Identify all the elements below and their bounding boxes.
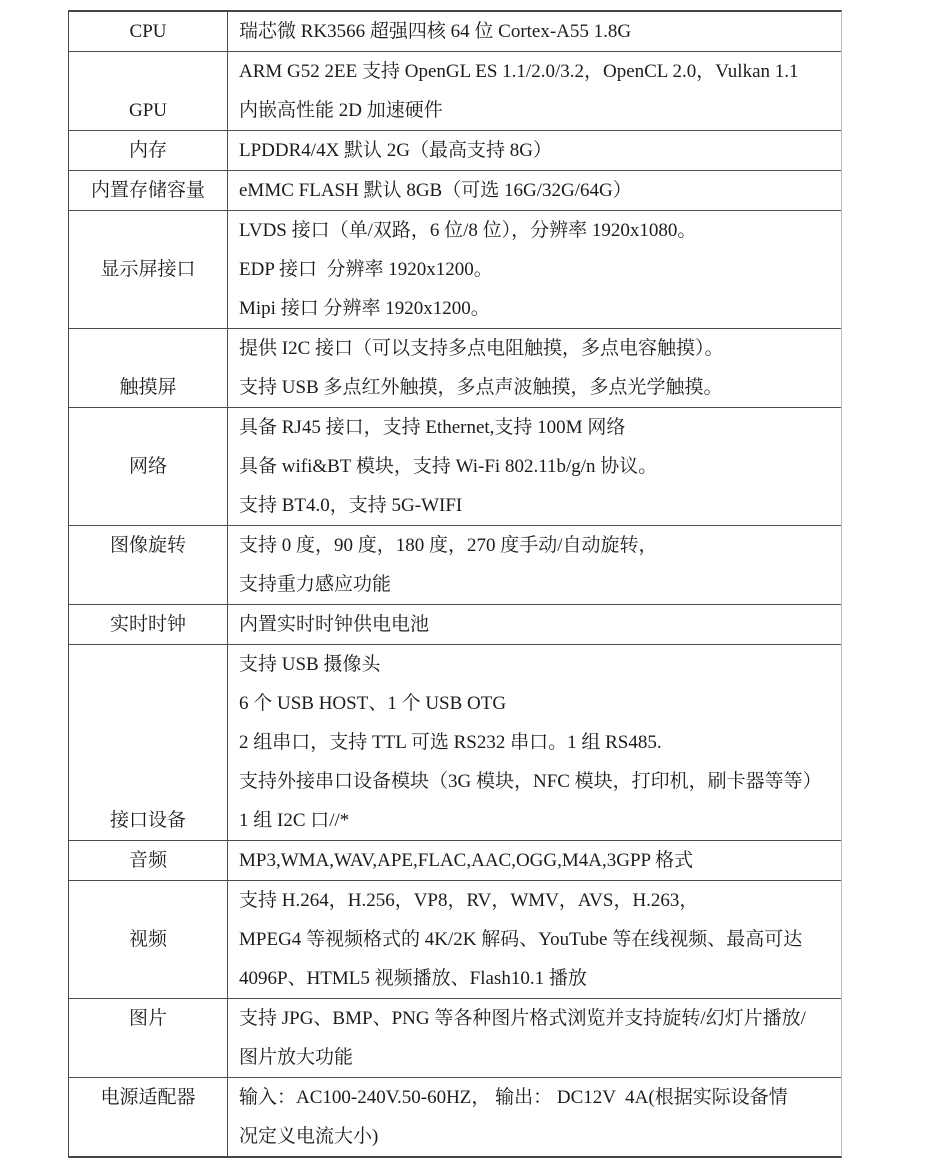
row-label-cell: 内存	[69, 131, 228, 170]
row-label: CPU	[130, 12, 167, 51]
row-label-cell: 视频	[69, 881, 228, 998]
table-row-power-adapter: 电源适配器 输入：AC100-240V.50-60HZ， 输出： DC12V 4…	[69, 1078, 841, 1156]
row-content-cell: LPDDR4/4X 默认 2G（最高支持 8G）	[228, 131, 841, 170]
row-label-cell: 图片	[69, 999, 228, 1077]
spec-line: 支持 H.264，H.256，VP8，RV，WMV，AVS，H.263，	[239, 881, 841, 920]
row-label: 图像旋转	[110, 526, 186, 565]
row-content-cell: 支持 USB 摄像头 6 个 USB HOST、1 个 USB OTG 2 组串…	[228, 645, 841, 840]
spec-line: 内嵌高性能 2D 加速硬件	[239, 91, 841, 130]
spec-line: 支持 BT4.0，支持 5G-WIFI	[239, 486, 841, 525]
spec-line: 支持 0 度，90 度，180 度，270 度手动/自动旋转，	[239, 526, 841, 565]
row-content-cell: 支持 0 度，90 度，180 度，270 度手动/自动旋转， 支持重力感应功能	[228, 526, 841, 604]
spec-line: 支持 USB 多点红外触摸，多点声波触摸，多点光学触摸。	[239, 368, 841, 407]
spec-line: 支持 USB 摄像头	[239, 645, 841, 684]
spec-line: 瑞芯微 RK3566 超强四核 64 位 Cortex-A55 1.8G	[239, 12, 841, 51]
row-label: 显示屏接口	[100, 250, 195, 289]
spec-line: MP3,WMA,WAV,APE,FLAC,AAC,OGG,M4A,3GPP 格式	[239, 841, 841, 880]
row-content-cell: 瑞芯微 RK3566 超强四核 64 位 Cortex-A55 1.8G	[228, 12, 841, 51]
table-row-network: 网络 具备 RJ45 接口，支持 Ethernet,支持 100M 网络 具备 …	[69, 408, 841, 526]
row-label-cell: 触摸屏	[69, 329, 228, 407]
row-content-cell: 具备 RJ45 接口，支持 Ethernet,支持 100M 网络 具备 wif…	[228, 408, 841, 525]
row-label-cell: GPU	[69, 52, 228, 130]
row-content-cell: LVDS 接口（单/双路，6 位/8 位），分辨率 1920x1080。 EDP…	[228, 211, 841, 328]
spec-line: LVDS 接口（单/双路，6 位/8 位），分辨率 1920x1080。	[239, 211, 841, 250]
row-content-cell: 支持 H.264，H.256，VP8，RV，WMV，AVS，H.263， MPE…	[228, 881, 841, 998]
spec-line: 具备 wifi&BT 模块，支持 Wi-Fi 802.11b/g/n 协议。	[239, 447, 841, 486]
table-row-interface-devices: 接口设备 支持 USB 摄像头 6 个 USB HOST、1 个 USB OTG…	[69, 645, 841, 841]
table-row-video: 视频 支持 H.264，H.256，VP8，RV，WMV，AVS，H.263， …	[69, 881, 841, 999]
row-label: 触摸屏	[119, 368, 176, 407]
row-label-cell: 接口设备	[69, 645, 228, 840]
table-row-picture: 图片 支持 JPG、BMP、PNG 等各种图片格式浏览并支持旋转/幻灯片播放/ …	[69, 999, 841, 1078]
spec-line: Mipi 接口 分辨率 1920x1200。	[239, 289, 841, 328]
spec-line: MPEG4 等视频格式的 4K/2K 解码、YouTube 等在线视频、最高可达	[239, 920, 841, 959]
row-label: 图片	[129, 999, 167, 1038]
row-content-cell: MP3,WMA,WAV,APE,FLAC,AAC,OGG,M4A,3GPP 格式	[228, 841, 841, 880]
row-content-cell: ARM G52 2EE 支持 OpenGL ES 1.1/2.0/3.2，Ope…	[228, 52, 841, 130]
row-label-cell: CPU	[69, 12, 228, 51]
row-content-cell: eMMC FLASH 默认 8GB（可选 16G/32G/64G）	[228, 171, 841, 210]
spec-line: 图片放大功能	[239, 1038, 841, 1077]
spec-line: EDP 接口 分辨率 1920x1200。	[239, 250, 841, 289]
row-label-cell: 显示屏接口	[69, 211, 228, 328]
row-label: 视频	[129, 920, 167, 959]
spec-line: 况定义电流大小)	[239, 1117, 841, 1156]
table-row-storage: 内置存储容量 eMMC FLASH 默认 8GB（可选 16G/32G/64G）	[69, 171, 841, 211]
spec-table: CPU 瑞芯微 RK3566 超强四核 64 位 Cortex-A55 1.8G…	[68, 10, 842, 1158]
table-row-memory: 内存 LPDDR4/4X 默认 2G（最高支持 8G）	[69, 131, 841, 171]
table-row-rtc: 实时时钟 内置实时时钟供电电池	[69, 605, 841, 645]
spec-line: ARM G52 2EE 支持 OpenGL ES 1.1/2.0/3.2，Ope…	[239, 52, 841, 91]
row-content-cell: 内置实时时钟供电电池	[228, 605, 841, 644]
row-label: 实时时钟	[110, 605, 186, 644]
table-row-gpu: GPU ARM G52 2EE 支持 OpenGL ES 1.1/2.0/3.2…	[69, 52, 841, 131]
row-label-cell: 内置存储容量	[69, 171, 228, 210]
row-label: 内存	[129, 131, 167, 170]
spec-line: eMMC FLASH 默认 8GB（可选 16G/32G/64G）	[239, 171, 841, 210]
spec-line: 内置实时时钟供电电池	[239, 605, 841, 644]
row-label: 内置存储容量	[91, 171, 205, 210]
table-row-touchscreen: 触摸屏 提供 I2C 接口（可以支持多点电阻触摸，多点电容触摸）。 支持 USB…	[69, 329, 841, 408]
row-label-cell: 网络	[69, 408, 228, 525]
table-row-image-rotation: 图像旋转 支持 0 度，90 度，180 度，270 度手动/自动旋转， 支持重…	[69, 526, 841, 605]
spec-line: 提供 I2C 接口（可以支持多点电阻触摸，多点电容触摸）。	[239, 329, 841, 368]
row-content-cell: 支持 JPG、BMP、PNG 等各种图片格式浏览并支持旋转/幻灯片播放/ 图片放…	[228, 999, 841, 1077]
table-row-cpu: CPU 瑞芯微 RK3566 超强四核 64 位 Cortex-A55 1.8G	[69, 12, 841, 52]
spec-line: 1 组 I2C 口//*	[239, 801, 841, 840]
row-label-cell: 电源适配器	[69, 1078, 228, 1156]
spec-line: 2 组串口，支持 TTL 可选 RS232 串口。1 组 RS485.	[239, 723, 841, 762]
spec-line: LPDDR4/4X 默认 2G（最高支持 8G）	[239, 131, 841, 170]
row-content-cell: 提供 I2C 接口（可以支持多点电阻触摸，多点电容触摸）。 支持 USB 多点红…	[228, 329, 841, 407]
spec-line: 具备 RJ45 接口，支持 Ethernet,支持 100M 网络	[239, 408, 841, 447]
row-label: GPU	[129, 91, 167, 130]
table-row-audio: 音频 MP3,WMA,WAV,APE,FLAC,AAC,OGG,M4A,3GPP…	[69, 841, 841, 881]
row-content-cell: 输入：AC100-240V.50-60HZ， 输出： DC12V 4A(根据实际…	[228, 1078, 841, 1156]
row-label: 电源适配器	[100, 1078, 195, 1117]
spec-line: 输入：AC100-240V.50-60HZ， 输出： DC12V 4A(根据实际…	[239, 1078, 841, 1117]
row-label: 音频	[129, 841, 167, 880]
spec-line: 4096P、HTML5 视频播放、Flash10.1 播放	[239, 959, 841, 998]
spec-line: 支持重力感应功能	[239, 565, 841, 604]
row-label-cell: 音频	[69, 841, 228, 880]
row-label: 网络	[129, 447, 167, 486]
row-label-cell: 实时时钟	[69, 605, 228, 644]
spec-line: 支持 JPG、BMP、PNG 等各种图片格式浏览并支持旋转/幻灯片播放/	[239, 999, 841, 1038]
row-label: 接口设备	[110, 801, 186, 840]
spec-line: 6 个 USB HOST、1 个 USB OTG	[239, 684, 841, 723]
table-row-display-interface: 显示屏接口 LVDS 接口（单/双路，6 位/8 位），分辨率 1920x108…	[69, 211, 841, 329]
row-label-cell: 图像旋转	[69, 526, 228, 604]
spec-line: 支持外接串口设备模块（3G 模块，NFC 模块，打印机，刷卡器等等）	[239, 762, 841, 801]
